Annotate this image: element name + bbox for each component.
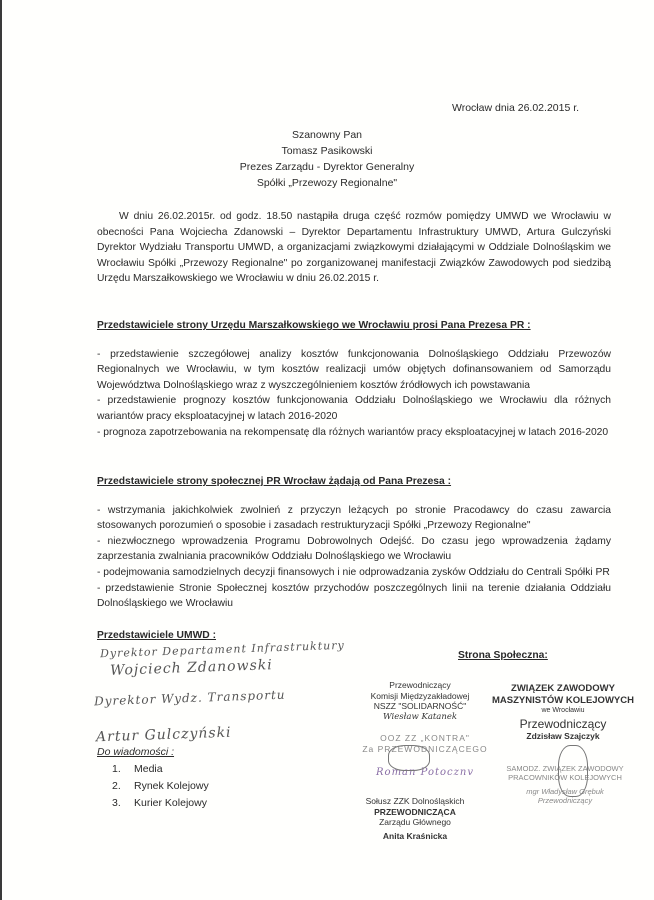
section2-heading: Przedstawiciele strony społecznej PR Wro… [97,474,611,490]
intro-text: W dniu 26.02.2015r. od godz. 18.50 nastą… [97,209,611,287]
stamp-zzmk: ZWIĄZEK ZAWODOWY MASZYNISTÓW KOLEJOWYCH … [478,683,648,741]
handwritten-signature: Artur Gulczyński [96,725,232,746]
addressee-name: Tomasz Pasikowski [0,143,654,159]
section1-item: - prognoza zapotrzebowania na rekompensa… [97,425,611,441]
cc-item: 3.Kurier Kolejowy [112,795,209,812]
cc-item: 2.Rynek Kolejowy [112,778,209,795]
section2-item: - podejmowania samodzielnych decyzji fin… [97,565,611,581]
section2-item: - przedstawienie Stronie Społecznej kosz… [97,581,611,612]
section2-item: - niezwłocznego wprowadzenia Programu Do… [97,534,611,565]
section2-item: - wstrzymania jakichkolwiek zwolnień z p… [97,503,611,534]
stamp-zzk: Sołusz ZZK Dolnośląskich PRZEWODNICZĄCA … [350,796,480,841]
section1-item: - przedstawienie prognozy kosztów funkcj… [97,393,611,424]
section-social-demands: Przedstawiciele strony społecznej PR Wro… [97,474,611,612]
handwritten-signature: Wojciech Zdanowski [110,657,273,679]
cc-list: 1.Media 2.Rynek Kolejowy 3.Kurier Kolejo… [112,761,209,812]
cc-heading: Do wiadomości : [97,746,174,758]
cc-item: 1.Media [112,761,209,778]
handwritten-signature: Dyrektor Wydz. Transportu [94,688,286,709]
addressee-block: Szanowny Pan Tomasz Pasikowski Prezes Za… [0,127,654,191]
social-side-heading: Strona Społeczna: [458,650,548,661]
addressee-title: Prezes Zarządu - Dyrektor Generalny [0,159,654,175]
handwritten-signature: Dyrektor Departament Infrastruktury [100,639,345,661]
section1-heading: Przedstawiciele strony Urzędu Marszałkow… [97,318,611,334]
signature-scribble [388,745,430,771]
stamp-solidarnosc: Przewodniczący Komisji Międzyzakładowej … [350,680,490,722]
intro-paragraph: W dniu 26.02.2015r. od godz. 18.50 nastą… [97,209,611,287]
section-umwd-requests: Przedstawiciele strony Urzędu Marszałkow… [97,318,611,440]
section1-item: - przedstawienie szczegółowej analizy ko… [97,347,611,394]
umwd-heading: Przedstawiciele UMWD : [97,630,216,641]
addressee-company: Spółki „Przewozy Regionalne" [0,175,654,191]
addressee-salutation: Szanowny Pan [0,127,654,143]
date-line: Wrocław dnia 26.02.2015 r. [452,102,579,114]
signature-scribble [558,745,588,797]
